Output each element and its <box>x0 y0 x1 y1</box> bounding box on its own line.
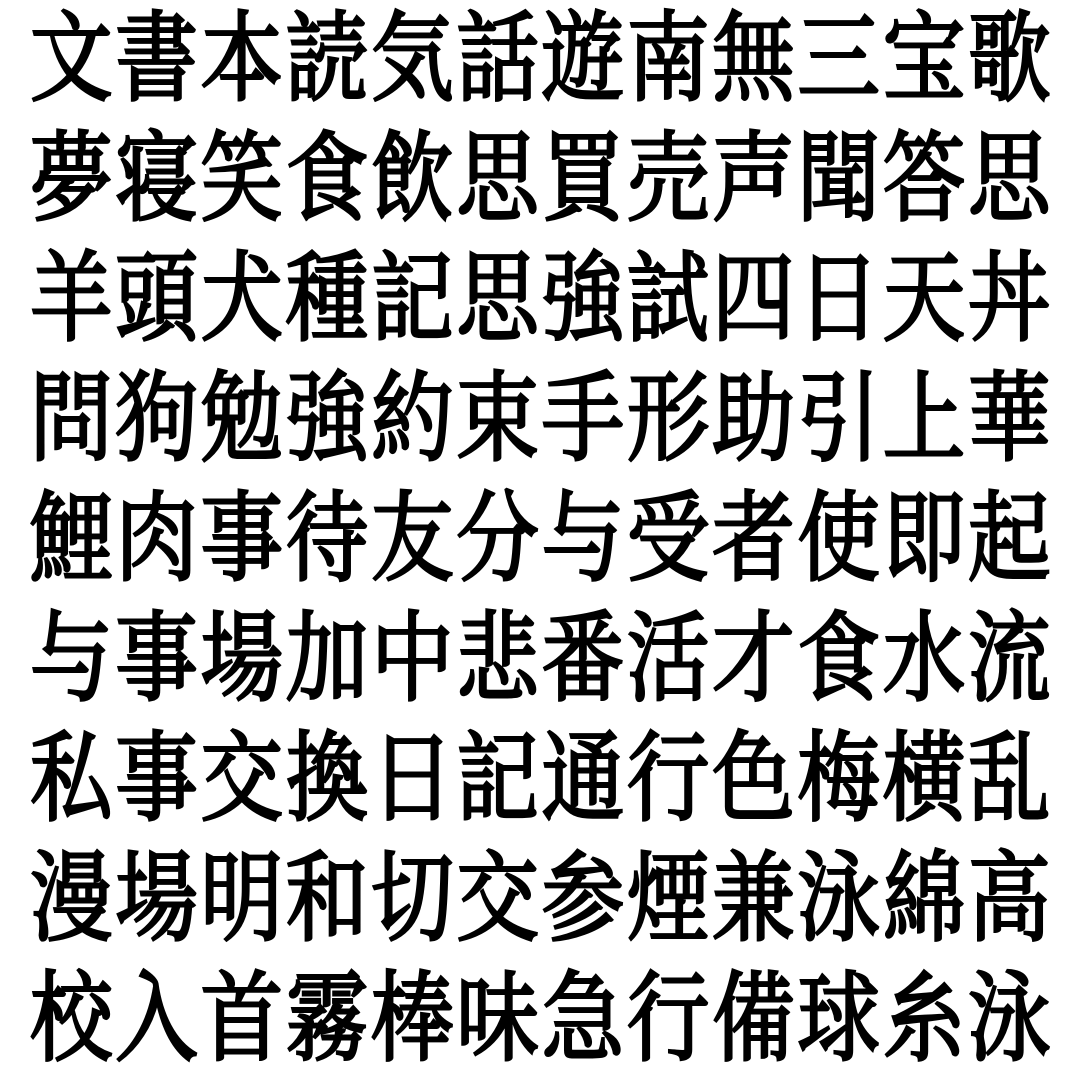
kanji-row-9: 校入首霧棒味急行備球糸泳 <box>30 960 1051 1080</box>
kanji-row-2: 夢寝笑食飲思買売声聞答思 <box>30 120 1051 240</box>
kanji-row-1: 文書本読気話遊南無三宝歌 <box>30 0 1051 120</box>
kanji-row-4: 問狗勉強約束手形助引上華 <box>30 360 1051 480</box>
kanji-row-3: 羊頭犬種記思強試四日天丼 <box>30 240 1051 360</box>
kanji-page: 文書本読気話遊南無三宝歌 夢寝笑食飲思買売声聞答思 羊頭犬種記思強試四日天丼 問… <box>0 0 1080 1080</box>
kanji-grid: 文書本読気話遊南無三宝歌 夢寝笑食飲思買売声聞答思 羊頭犬種記思強試四日天丼 問… <box>30 0 1080 1080</box>
kanji-row-8: 漫場明和切交参煙兼泳綿高 <box>30 840 1051 960</box>
kanji-row-5: 鯉肉事待友分与受者使即起 <box>30 480 1051 600</box>
kanji-row-6: 与事場加中悲番活才食水流 <box>30 600 1051 720</box>
kanji-row-7: 私事交換日記通行色梅横乱 <box>30 720 1051 840</box>
